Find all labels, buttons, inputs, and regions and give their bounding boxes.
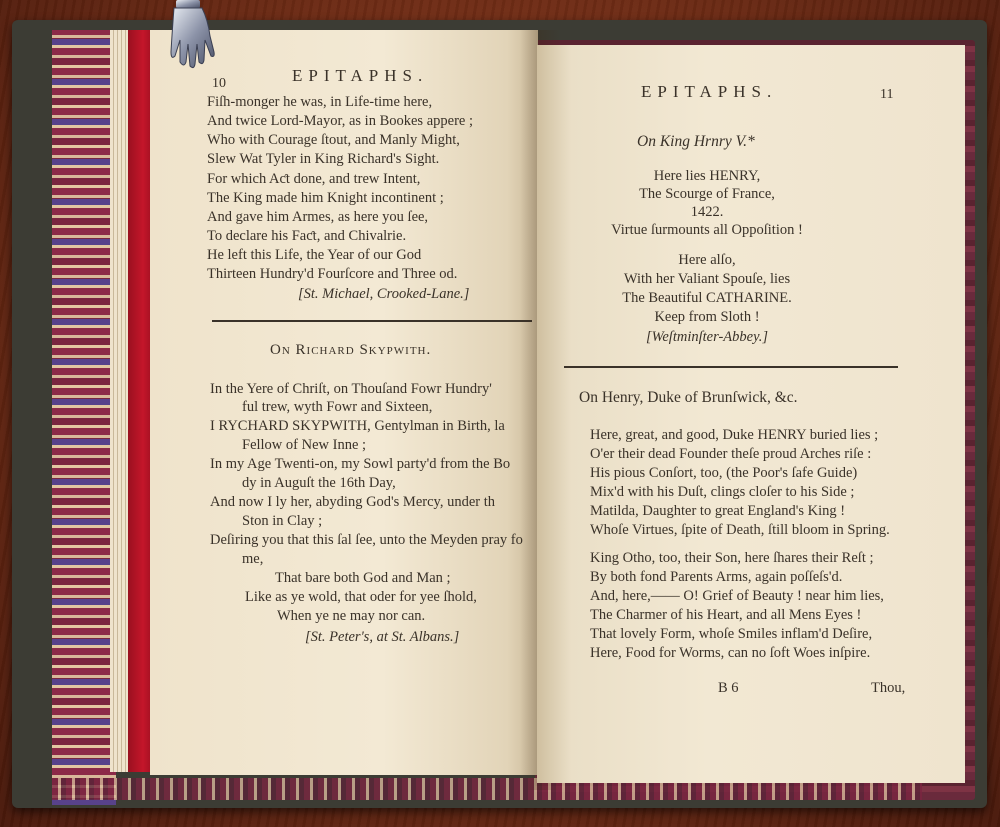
section-rule: [212, 320, 532, 322]
verse-line: When ye ne may nor can.: [277, 607, 425, 626]
verse-line: Who with Courage ſtout, and Manly Might,: [207, 131, 460, 150]
verse-line: Fiſh-monger he was, in Life-time here,: [207, 93, 432, 112]
verse-line: And now I ly her, abyding God's Mercy, u…: [210, 493, 495, 512]
verse-line: His pious Conſort, too, (the Poor's ſafe…: [590, 464, 857, 483]
verse-line: Like as ye wold, that oder for yee ſhold…: [245, 588, 477, 607]
right-page: EPITAPHS. 11 On King Hrnry V.* Here lies…: [537, 45, 965, 783]
verse-line: In my Age Twenti-on, my Sowl party'd fro…: [210, 455, 510, 474]
verse-line: Virtue ſurmounts all Oppoſition !: [537, 221, 877, 240]
verse-line: Slew Wat Tyler in King Richard's Sight.: [207, 150, 439, 169]
epitaph-title: On King Hrnry V.*: [637, 132, 755, 151]
verse-line: For which Aƈt done, and trew Intent,: [207, 170, 420, 189]
verse-line: Fellow of New Inne ;: [242, 436, 366, 455]
verse-line: In the Yere of Chriſt, on Thouſand Fowr …: [210, 380, 492, 399]
verse-line: To declare his Faƈt, and Chivalrie.: [207, 227, 406, 246]
verse-line: Thirteen Hundry'd Fourſcore and Three od…: [207, 265, 457, 284]
verse-line: O'er their dead Founder theſe proud Arch…: [590, 445, 871, 464]
verse-line: me,: [242, 550, 263, 569]
verse-line: The King made him Knight incontinent ;: [207, 189, 444, 208]
verse-line: 1422.: [537, 203, 877, 222]
epitaph-source: [Weſtminſter-Abbey.]: [537, 328, 877, 347]
verse-line: I RYCHARD SKYPWITH, Gentylman in Birth, …: [210, 417, 505, 436]
hand-bookmark-icon: [158, 0, 218, 92]
verse-line: And twice Lord-Mayor, as in Bookes apper…: [207, 112, 473, 131]
verse-line: Whoſe Virtues, ſpite of Death, ſtill blo…: [590, 521, 890, 540]
verse-line: Mix'd with his Duſt, clings cloſer to hi…: [590, 483, 854, 502]
verse-line: King Otho, too, their Son, here ſhares t…: [590, 549, 874, 568]
verse-line: Here, great, and good, Duke HENRY buried…: [590, 426, 878, 445]
running-head: EPITAPHS.: [641, 82, 777, 102]
verse-line: And, here,—— O! Grief of Beauty ! near h…: [590, 587, 884, 606]
verse-line: Ston in Clay ;: [242, 512, 322, 531]
running-head: EPITAPHS.: [292, 66, 428, 86]
catchword: Thou,: [871, 679, 905, 698]
left-page: 10 EPITAPHS. Fiſh-monger he was, in Life…: [150, 30, 538, 775]
verse-line: That bare both God and Man ;: [275, 569, 451, 588]
verse-line: Matilda, Daughter to great England's Kin…: [590, 502, 845, 521]
page-number: 11: [880, 87, 893, 103]
verse-line: The Charmer of his Heart, and all Mens E…: [590, 606, 861, 625]
epitaph-source: [St. Peter's, at St. Albans.]: [305, 628, 459, 647]
verse-line: Here alſo,: [537, 251, 877, 270]
verse-line: And gave him Armes, as here you ſee,: [207, 208, 428, 227]
section-rule: [564, 366, 898, 368]
signature-mark: B 6: [718, 679, 739, 698]
epitaph-source: [St. Michael, Crooked-Lane.]: [298, 285, 469, 304]
verse-line: Here lies HENRY,: [537, 167, 877, 186]
verse-line: The Beautiful CATHARINE.: [537, 289, 877, 308]
verse-line: He left this Life, the Year of our God: [207, 246, 421, 265]
verse-line: By both fond Parents Arms, again poſſeſs…: [590, 568, 842, 587]
epitaph-title: On Richard Skypwith.: [270, 341, 431, 360]
left-marbled-board: [52, 30, 116, 805]
verse-line: dy in Auguſt the 16th Day,: [242, 474, 396, 493]
verse-line: With her Valiant Spouſe, lies: [537, 270, 877, 289]
verse-line: The Scourge of France,: [537, 185, 877, 204]
verse-line: ful trew, wyth Fowr and Sixteen,: [242, 398, 432, 417]
verse-line: That lovely Form, whoſe Smiles inflam'd …: [590, 625, 872, 644]
epitaph-title: On Henry, Duke of Brunſwick, &c.: [579, 388, 798, 407]
verse-line: Keep from Sloth !: [537, 308, 877, 327]
verse-line: Deſiring you that this ſal ſee, unto the…: [210, 531, 523, 550]
verse-line: Here, Food for Worms, can no ſoft Woes i…: [590, 644, 870, 663]
